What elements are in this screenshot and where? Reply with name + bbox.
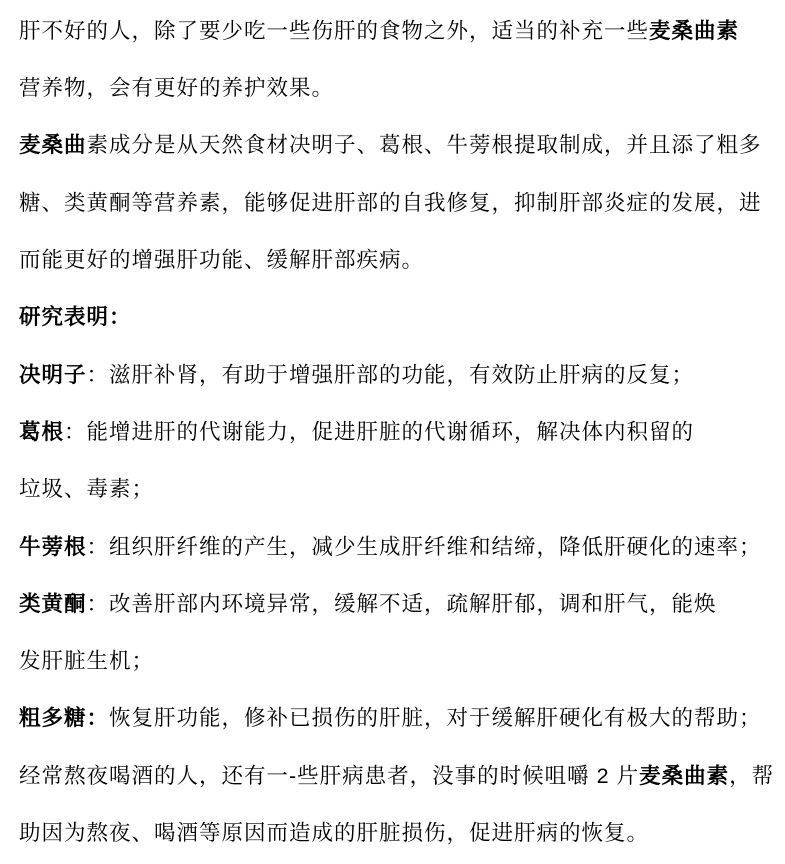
text-line: 葛根：能增进肝的代谢能力，促进肝脏的代谢循环，解决体内积留的 (19, 404, 769, 461)
bold-text-run: 麦桑曲 (19, 135, 87, 157)
paragraph: 粗多糖：恢复肝功能，修补已损伤的肝脏，对于缓解肝硬化有极大的帮助； (19, 691, 769, 748)
text-run: 糖、类黄酮等营养素，能够促进肝部的自我修复，抑制肝部炎症的发展，进 (19, 193, 762, 215)
text-line: 而能更好的增强肝功能、缓解肝部疾病。 (19, 232, 769, 289)
text-run: ：滋肝补肾，有助于增强肝部的功能，有效防止肝病的反复； (87, 365, 695, 387)
text-line: 牛蒡根：组织肝纤维的产生，减少生成肝纤维和结缔，降低肝硬化的速率； (19, 519, 769, 576)
paragraph: 经常熬夜喝酒的人，还有一-些肝病患者，没事的时候咀嚼 2 片麦桑曲素，帮助因为熬… (19, 748, 769, 863)
text-run: ：组织肝纤维的产生，减少生成肝纤维和结缔，降低肝硬化的速率； (87, 537, 762, 559)
text-line: 营养物，会有更好的养护效果。 (19, 60, 769, 117)
text-run: 而能更好的增强肝功能、缓解肝部疾病。 (19, 250, 424, 272)
bold-text-run: 粗多糖： (19, 708, 109, 730)
text-run: 营养物，会有更好的养护效果。 (19, 78, 334, 100)
bold-text-run: 决明子 (19, 365, 87, 387)
paragraph: 葛根：能增进肝的代谢能力，促进肝脏的代谢循环，解决体内积留的垃圾、毒素； (19, 404, 769, 519)
bold-text-run: 研究表明： (19, 307, 132, 329)
text-line: 类黄酮：改善肝部内环境异常，缓解不适，疏解肝郁，调和肝气，能焕 (19, 576, 769, 633)
text-run: 肝不好的人，除了要少吃一些伤肝的食物之外，适当的补充一些 (19, 21, 649, 43)
text-line: 肝不好的人，除了要少吃一些伤肝的食物之外，适当的补充一些麦桑曲素 (19, 3, 769, 60)
text-line: 糖、类黄酮等营养素，能够促进肝部的自我修复，抑制肝部炎症的发展，进 (19, 175, 769, 232)
bold-text-run: 麦桑曲素 (639, 766, 729, 788)
text-run: 素成分是从天然食材决明子、葛根、牛蒡根提取制成，并且添了粗多 (87, 135, 762, 157)
paragraph: 决明子：滋肝补肾，有助于增强肝部的功能，有效防止肝病的反复； (19, 347, 769, 404)
text-line: 发肝脏生机； (19, 633, 769, 690)
text-run: 经常熬夜喝酒的人，还有一-些肝病患者，没事的时候咀嚼 2 片 (19, 766, 639, 788)
text-run: ，帮 (729, 766, 774, 788)
text-line: 决明子：滋肝补肾，有助于增强肝部的功能，有效防止肝病的反复； (19, 347, 769, 404)
bold-text-run: 葛根 (19, 422, 64, 444)
text-line: 助因为熬夜、喝酒等原因而造成的肝脏损伤，促进肝病的恢复。 (19, 805, 769, 862)
paragraph: 类黄酮：改善肝部内环境异常，缓解不适，疏解肝郁，调和肝气，能焕发肝脏生机； (19, 576, 769, 691)
text-run: 发肝脏生机； (19, 651, 154, 673)
paragraph: 研究表明： (19, 289, 769, 346)
paragraph: 麦桑曲素成分是从天然食材决明子、葛根、牛蒡根提取制成，并且添了粗多糖、类黄酮等营… (19, 118, 769, 290)
text-line: 麦桑曲素成分是从天然食材决明子、葛根、牛蒡根提取制成，并且添了粗多 (19, 118, 769, 175)
text-run: 垃圾、毒素； (19, 479, 154, 501)
article: 肝不好的人，除了要少吃一些伤肝的食物之外，适当的补充一些麦桑曲素营养物，会有更好… (0, 0, 785, 864)
bold-text-run: 麦桑曲素 (649, 21, 739, 43)
paragraph: 牛蒡根：组织肝纤维的产生，减少生成肝纤维和结缔，降低肝硬化的速率； (19, 519, 769, 576)
bold-text-run: 类黄酮 (19, 594, 87, 616)
text-run: ：改善肝部内环境异常，缓解不适，疏解肝郁，调和肝气，能焕 (87, 594, 717, 616)
text-line: 粗多糖：恢复肝功能，修补已损伤的肝脏，对于缓解肝硬化有极大的帮助； (19, 691, 769, 748)
text-line: 经常熬夜喝酒的人，还有一-些肝病患者，没事的时候咀嚼 2 片麦桑曲素，帮 (19, 748, 769, 805)
text-run: 助因为熬夜、喝酒等原因而造成的肝脏损伤，促进肝病的恢复。 (19, 823, 649, 845)
text-run: 恢复肝功能，修补已损伤的肝脏，对于缓解肝硬化有极大的帮助； (109, 708, 762, 730)
text-line: 研究表明： (19, 289, 769, 346)
text-run: ：能增进肝的代谢能力，促进肝脏的代谢循环，解决体内积留的 (64, 422, 694, 444)
text-line: 垃圾、毒素； (19, 461, 769, 518)
paragraph: 肝不好的人，除了要少吃一些伤肝的食物之外，适当的补充一些麦桑曲素营养物，会有更好… (19, 3, 769, 118)
bold-text-run: 牛蒡根 (19, 537, 87, 559)
